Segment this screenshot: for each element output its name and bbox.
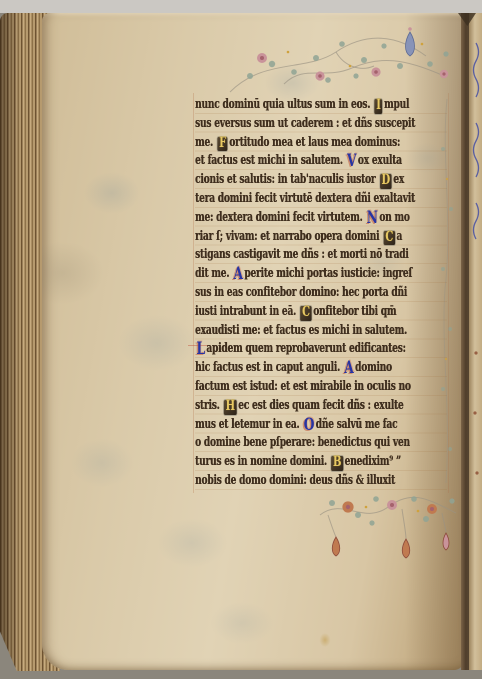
manuscript-line: stris. Hec est dies quam fecit dñs : exu… <box>195 396 447 415</box>
manuscript-line: Lapidem quem reprobaverunt edificantes: <box>195 339 447 358</box>
illuminated-initial-a: A <box>344 360 353 377</box>
text-segment: ortitudo mea et laus mea dominus: <box>229 134 400 149</box>
text-segment: mpul <box>384 96 409 111</box>
manuscript-line: stigans castigavit me dñs : et morti nō … <box>195 245 447 264</box>
illuminated-initial-c: C <box>384 231 395 246</box>
text-segment: stris. <box>195 397 222 412</box>
illuminated-initial-i: I <box>374 99 382 114</box>
ruling-line-left <box>193 93 194 493</box>
manuscript-photo: nunc dominū quia ultus sum in eos. Impul… <box>0 0 482 679</box>
text-segment: mus et letemur in ea. <box>195 416 302 431</box>
manuscript-line: exaudisti me: et factus es michi in salu… <box>195 321 447 340</box>
manuscript-line: o domine bene pſperare: benedictus qui v… <box>195 433 447 452</box>
text-segment: apidem quem reprobaverunt edificantes: <box>206 340 405 355</box>
text-segment: enedixim⁹ ” <box>344 453 400 468</box>
text-segment: ex <box>393 171 404 186</box>
facing-page-sliver <box>467 13 482 670</box>
illuminated-initial-d: D <box>380 174 392 189</box>
floral-border-top <box>224 14 460 102</box>
text-segment: dit me. <box>195 265 232 280</box>
table-surface-top <box>0 0 482 13</box>
text-segment: me. <box>195 134 216 149</box>
illuminated-initial-v: V <box>347 153 356 170</box>
text-segment: exaudisti me: et factus es michi in salu… <box>195 322 407 337</box>
floral-border-bottom <box>318 485 458 559</box>
manuscript-line: sus eversus sum ut caderem : et dñs susc… <box>195 114 447 133</box>
text-segment: factum est istud: et est mirabile in ocu… <box>195 378 411 393</box>
manuscript-line: factum est istud: et est mirabile in ocu… <box>195 377 447 396</box>
text-segment: nunc dominū quia ultus sum in eos. <box>195 96 373 111</box>
manuscript-line: me: dextera domini fecit virtutem. Non m… <box>195 208 447 227</box>
illuminated-initial-f: F <box>217 137 227 152</box>
manuscript-line: turus es in nomine domini. Benedixim⁹ ” <box>195 452 447 471</box>
illuminated-initial-b: B <box>331 456 343 471</box>
text-segment: o domine bene pſperare: benedictus qui v… <box>195 434 410 449</box>
text-segment: domino <box>355 359 392 374</box>
illuminated-initial-n: N <box>367 210 378 227</box>
manuscript-line: mus et letemur in ea. Odñe salvū me fac <box>195 415 447 434</box>
manuscript-line: nobis de domo domini: deus dñs & illuxit <box>195 471 447 490</box>
illuminated-initial-l: L <box>196 341 204 358</box>
manuscript-line: sus in eas confitebor domino: hec porta … <box>195 283 447 302</box>
text-block: nunc dominū quia ultus sum in eos. Impul… <box>195 95 447 492</box>
text-segment: iusti intrabunt in eā. <box>195 303 299 318</box>
text-segment: on mo <box>379 209 409 224</box>
illuminated-initial-a: A <box>234 266 243 283</box>
manuscript-line: tera domini fecit virtutē dextera dñi ex… <box>195 189 447 208</box>
text-segment: me: dextera domini fecit virtutem. <box>195 209 365 224</box>
text-segment: perite michi portas iusticie: ingreſ <box>244 265 412 280</box>
text-segment: cionis et salutis: in tab'naculis iustor <box>195 171 378 186</box>
manuscript-line: iusti intrabunt in eā. Confitebor tibi q… <box>195 302 447 321</box>
text-segment: nobis de domo domini: deus dñs & illuxit <box>195 472 395 487</box>
text-segment: turus es in nomine domini. <box>195 453 330 468</box>
manuscript-line: nunc dominū quia ultus sum in eos. Impul <box>195 95 447 114</box>
manuscript-line: et factus est michi in salutem. Vox exul… <box>195 151 447 170</box>
text-segment: stigans castigavit me dñs : et morti nō … <box>195 246 408 261</box>
illuminated-initial-h: H <box>224 400 237 415</box>
manuscript-line: riar ſ; vivam: et narrabo opera domini C… <box>195 227 447 246</box>
manuscript-line: me. Fortitudo mea et laus mea dominus: <box>195 133 447 152</box>
text-segment: hic factus est in caput anguli. <box>195 359 343 374</box>
text-segment: dñe salvū me fac <box>316 416 398 431</box>
text-segment: sus eversus sum ut caderem : et dñs susc… <box>195 115 415 130</box>
text-segment: et factus est michi in salutem. <box>195 152 346 167</box>
manuscript-page: nunc dominū quia ultus sum in eos. Impul… <box>42 13 464 670</box>
text-segment: a <box>396 228 402 243</box>
text-segment: riar ſ; vivam: et narrabo opera domini <box>195 228 382 243</box>
text-segment: ec est dies quam fecit dñs : exulte <box>238 397 403 412</box>
text-segment: onfitebor tibi qm̄ <box>313 303 396 318</box>
text-segment: tera domini fecit virtutē dextera dñi ex… <box>195 190 415 205</box>
text-segment: sus in eas confitebor domino: hec porta … <box>195 284 407 299</box>
facing-page-border-decor <box>470 33 482 653</box>
illuminated-initial-c: C <box>300 306 311 321</box>
ruling-line-right <box>448 93 449 493</box>
manuscript-line: hic factus est in caput anguli. Adomino <box>195 358 447 377</box>
manuscript-line: dit me. Aperite michi portas iusticie: i… <box>195 264 447 283</box>
text-segment: ox exulta <box>358 152 402 167</box>
illuminated-initial-o: O <box>304 417 314 434</box>
manuscript-line: cionis et salutis: in tab'naculis iustor… <box>195 170 447 189</box>
text-lines: nunc dominū quia ultus sum in eos. Impul… <box>195 95 447 490</box>
